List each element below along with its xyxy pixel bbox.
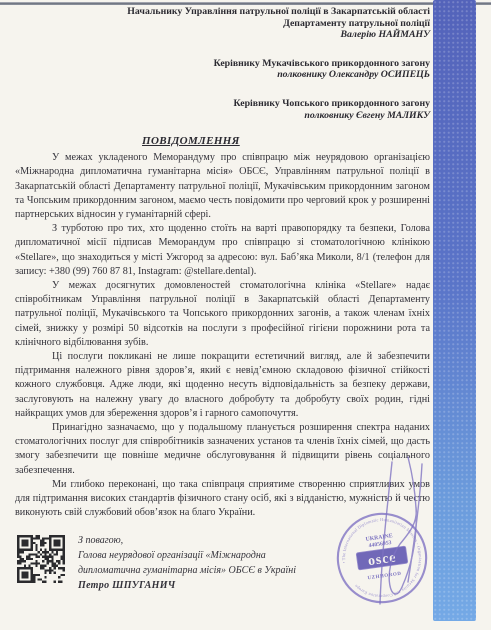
scanned-letter-page: Начальнику Управління патрульної поліції… — [0, 0, 491, 630]
document-title: ПОВІДОМЛЕННЯ — [15, 135, 430, 148]
recipient-line: Керівнику Мукачівського прикордонного за… — [15, 58, 430, 70]
signature-name: Петро ШПУГАНИЧ — [78, 578, 296, 593]
recipients-block: Начальнику Управління патрульної поліції… — [15, 6, 430, 121]
blue-accent-bar — [433, 0, 476, 621]
body-paragraph: У межах досягнутих домовленостей стомато… — [15, 279, 430, 350]
handwritten-signature-icon — [330, 452, 450, 617]
body-paragraph: У межах укладеного Меморандуму про співп… — [15, 151, 430, 222]
recipient-1: Начальнику Управління патрульної поліції… — [15, 6, 430, 41]
recipient-2: Керівнику Мукачівського прикордонного за… — [15, 58, 430, 81]
recipient-line: Департаменту патрульної поліції — [15, 18, 430, 30]
signature-role-line: дипломатична гуманітарна місія» ОБСЄ в У… — [78, 563, 296, 578]
recipient-line: Начальнику Управління патрульної поліції… — [15, 6, 430, 18]
body-paragraph: З турботою про тих, хто щоденно стоїть н… — [15, 222, 430, 279]
recipient-3: Керівнику Чопського прикордонного загону… — [15, 98, 430, 121]
qr-code-icon — [17, 533, 65, 585]
recipient-name: Валерію НАЙМАНУ — [15, 29, 430, 41]
signature-salutation: З повагою, — [78, 533, 296, 548]
body-paragraph: Ці послуги покликані не лише покращити е… — [15, 350, 430, 421]
recipient-line: Керівнику Чопського прикордонного загону — [15, 98, 430, 110]
recipient-name: полковнику Євгену МАЛИКУ — [15, 110, 430, 122]
signature-role-line: Голова неурядової організації «Міжнародн… — [78, 548, 296, 563]
signature-text: З повагою, Голова неурядової організації… — [78, 533, 296, 593]
recipient-name: полковнику Олександру ОСИПЕЦЬ — [15, 69, 430, 81]
